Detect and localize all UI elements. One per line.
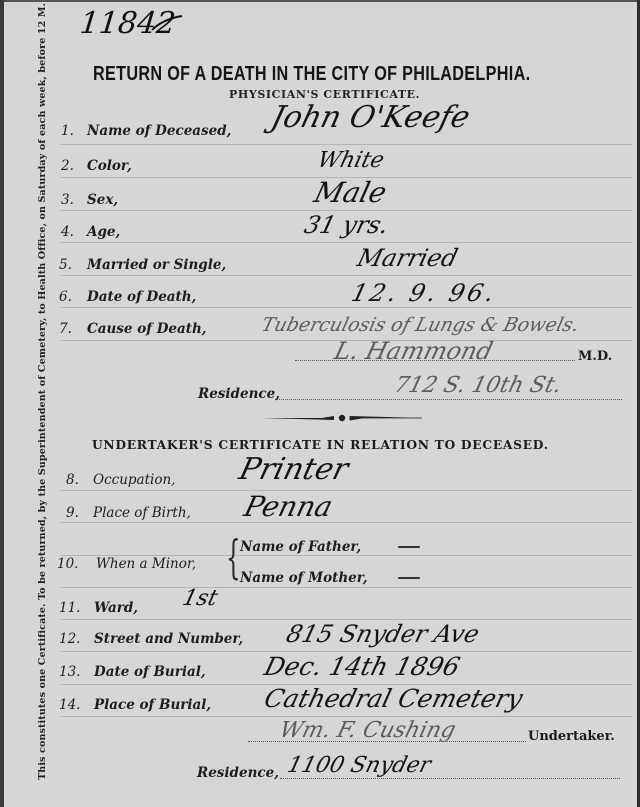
field-number: 14.: [59, 697, 80, 713]
field-value-handwritten: John O'Keefe: [268, 100, 474, 135]
field-label: Age,: [87, 224, 120, 240]
field-value-handwritten: White: [315, 148, 387, 173]
mother-name-label: Name of Mother,: [240, 570, 368, 586]
brace-symbol: {: [226, 537, 241, 577]
field-value-handwritten: Printer: [236, 452, 352, 487]
residence-label: Residence,: [197, 765, 279, 781]
field-number: 11.: [59, 600, 80, 616]
serial-flourish: [150, 12, 184, 34]
field-number: 3.: [61, 192, 74, 208]
field-label: Cause of Death,: [87, 321, 207, 337]
field-number: 4.: [61, 224, 74, 240]
rule-line: [60, 522, 632, 523]
ornamental-divider: [262, 414, 422, 422]
field-number: 6.: [59, 289, 72, 305]
rule-line: [60, 587, 632, 588]
residence-label: Residence,: [198, 386, 280, 402]
field-number: 12.: [59, 631, 80, 647]
field-number: 8.: [66, 472, 79, 488]
field-value-handwritten: 1st: [180, 586, 220, 611]
mother-name-value-dash: [398, 577, 420, 579]
field-label: Place of Burial,: [94, 697, 211, 713]
undertaker-residence: 1100 Snyder: [285, 753, 434, 778]
death-certificate-page: This constitutes one Certificate. To be …: [0, 0, 640, 807]
field-number: 13.: [59, 664, 80, 680]
field-value-handwritten: Cathedral Cemetery: [261, 684, 525, 713]
field-label: Date of Burial,: [94, 664, 206, 680]
field-value-handwritten: Tuberculosis of Lungs & Bowels.: [259, 314, 581, 336]
field-value-handwritten: Married: [355, 244, 461, 272]
undertaker-signature: Wm. F. Cushing: [277, 718, 458, 743]
field-label: Date of Death,: [87, 289, 196, 305]
page-edge-left: [0, 0, 4, 807]
residence-line: [275, 399, 622, 400]
undertaker-suffix: Undertaker.: [528, 729, 615, 744]
field-number: 2.: [61, 158, 74, 174]
field-label: Married or Single,: [87, 257, 226, 273]
field-label: Occupation,: [93, 472, 175, 488]
rule-line: [60, 242, 632, 243]
rule-line: [60, 307, 632, 308]
physician-signature: L. Hammond: [332, 337, 496, 365]
field-label: Ward,: [94, 600, 138, 616]
field-value-handwritten: Penna: [241, 490, 336, 523]
md-suffix: M.D.: [578, 349, 612, 364]
rule-line: [60, 275, 632, 276]
field-label: Place of Birth,: [93, 505, 191, 521]
undertakers-certificate-heading: UNDERTAKER'S CERTIFICATE IN RELATION TO …: [92, 437, 549, 452]
field-label: When a Minor,: [96, 556, 196, 572]
field-number: 10.: [57, 556, 78, 572]
rule-line: [60, 490, 632, 491]
page-edge-top: [0, 0, 640, 2]
side-instruction-note: This constitutes one Certificate. To be …: [37, 3, 48, 780]
field-number: 9.: [66, 505, 79, 521]
field-label: Name of Deceased,: [87, 123, 231, 139]
father-name-label: Name of Father,: [240, 539, 361, 555]
field-number: 1.: [61, 123, 74, 139]
field-number: 5.: [59, 257, 72, 273]
physician-residence: 712 S. 10th St.: [392, 373, 564, 398]
field-value-handwritten: 31 yrs.: [302, 211, 392, 239]
field-number: 7.: [59, 321, 72, 337]
rule-line: [60, 716, 632, 717]
field-label: Sex,: [87, 192, 118, 208]
field-value-handwritten: 815 Snyder Ave: [284, 620, 483, 648]
field-value-handwritten: 12. 9. 96.: [349, 279, 500, 307]
field-label: Color,: [87, 158, 132, 174]
field-label: Street and Number,: [94, 631, 243, 647]
field-value-handwritten: Dec. 14th 1896: [261, 652, 462, 681]
rule-line: [60, 144, 632, 145]
residence-line: [280, 778, 620, 779]
page-title: RETURN OF A DEATH IN THE CITY OF PHILADE…: [93, 62, 530, 86]
field-value-handwritten: Male: [311, 176, 390, 209]
father-name-value-dash: [398, 546, 420, 548]
